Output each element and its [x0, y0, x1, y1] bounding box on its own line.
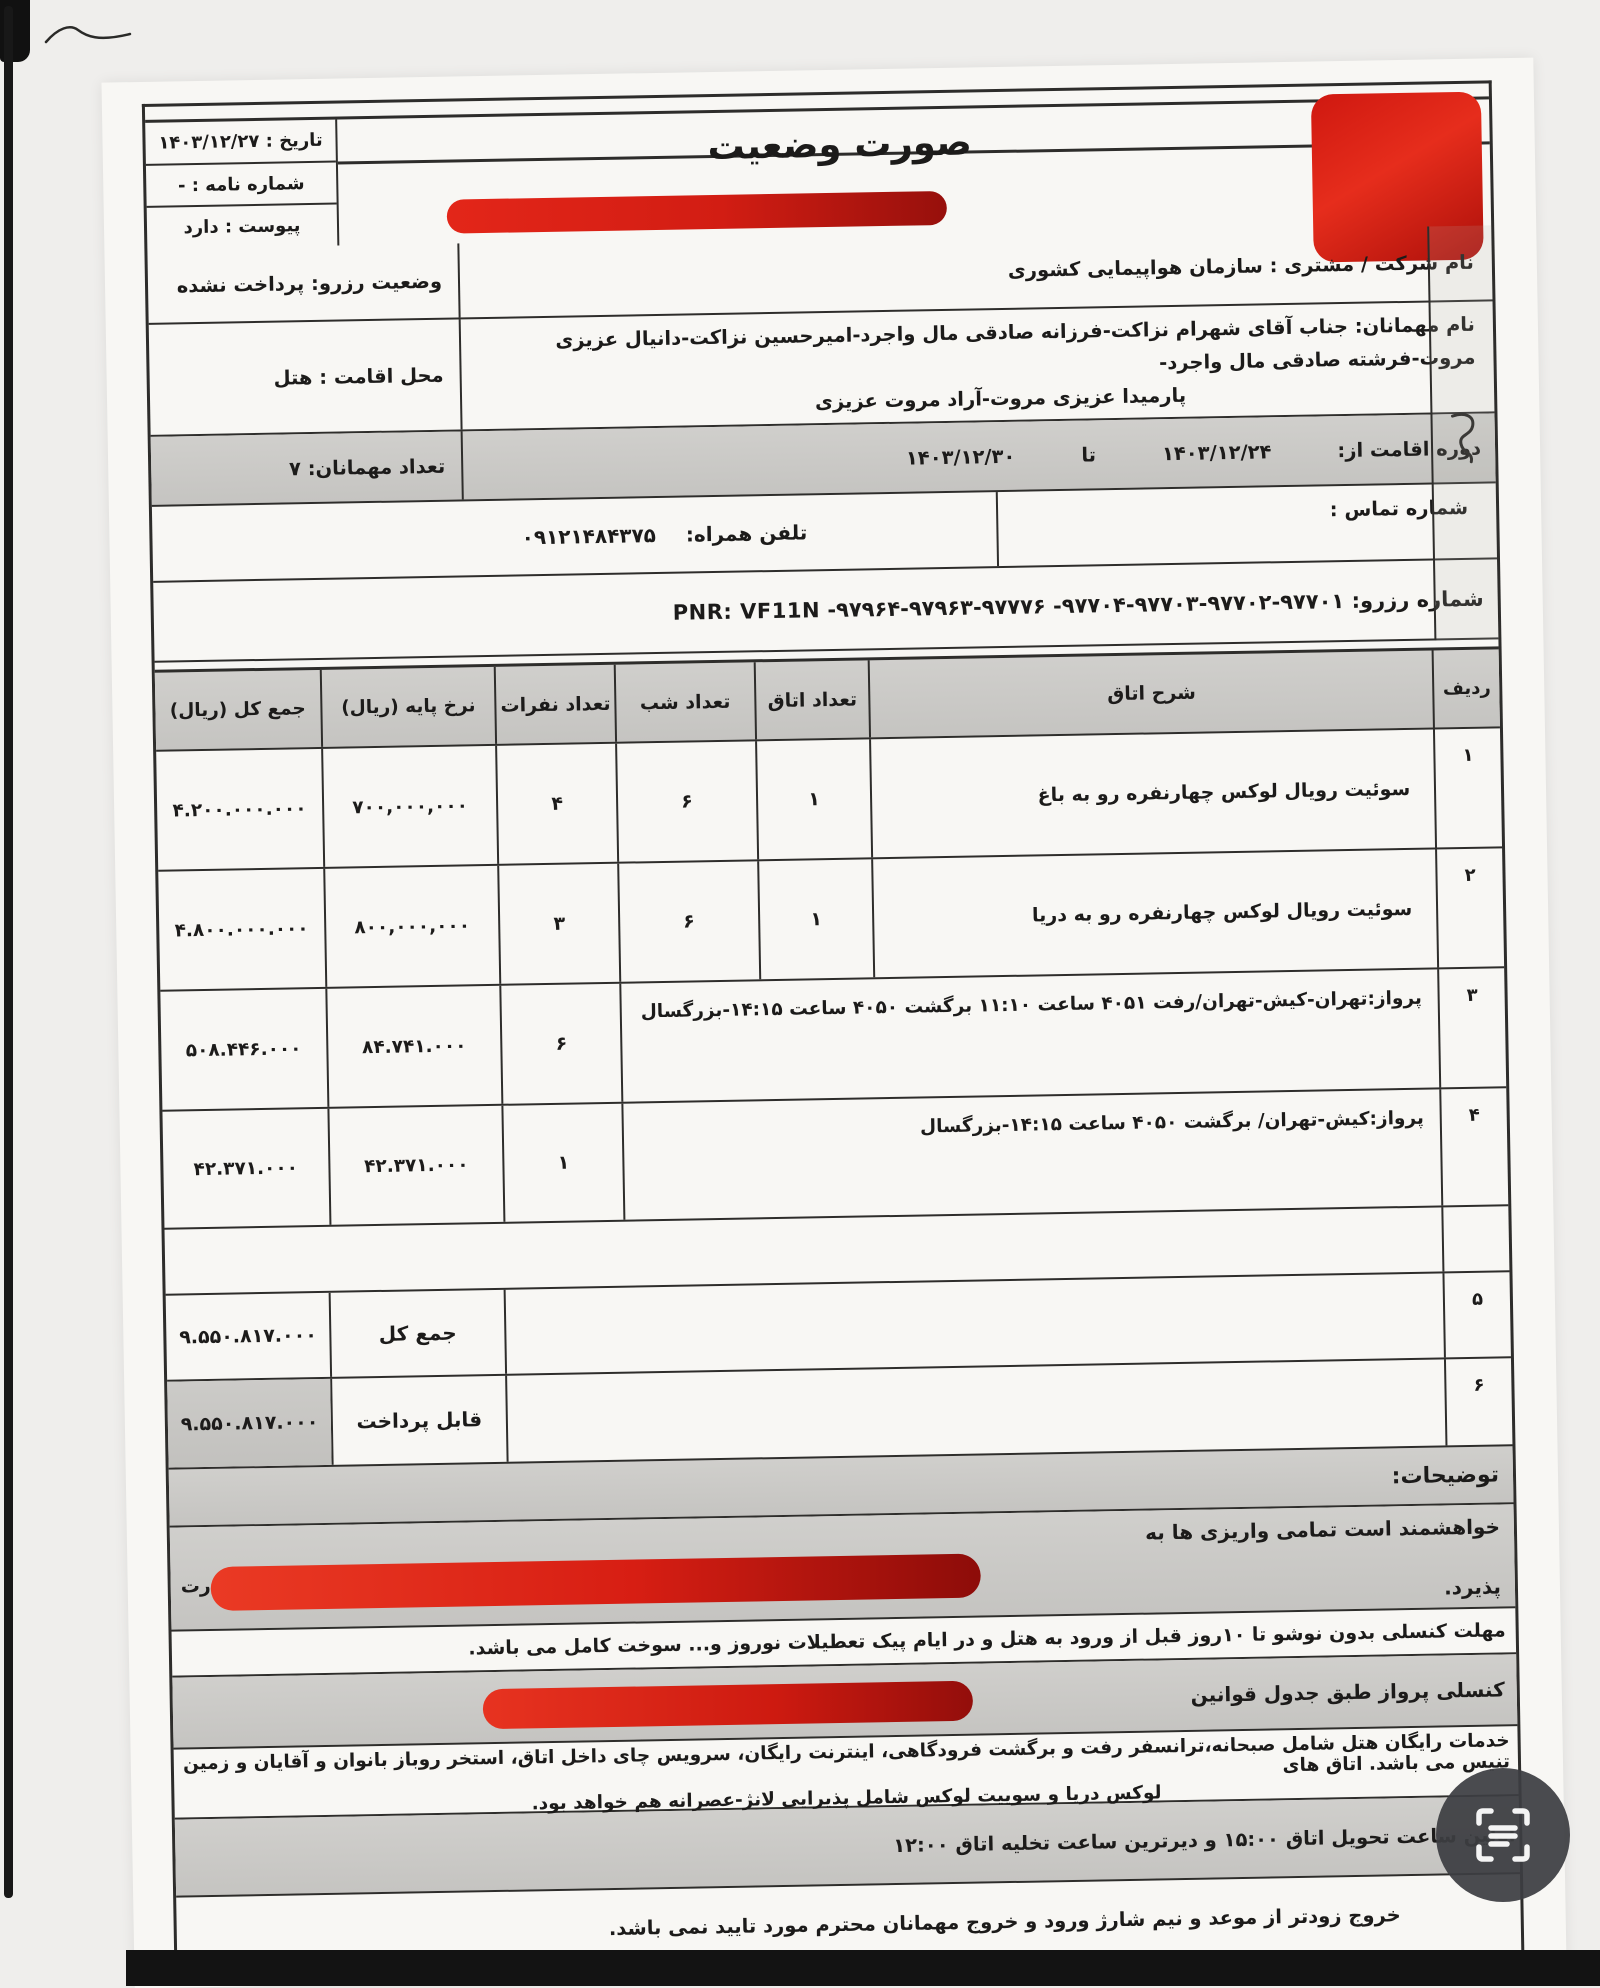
room-description: سوئیت رویال لوکس چهارنفره رو به دریا	[872, 849, 1438, 977]
rooms-count: ۱	[757, 859, 874, 979]
payment-note-end: پذیرد.	[1444, 1574, 1501, 1599]
accommodation-place: محل اقامت : هتل	[149, 319, 463, 434]
rooms-count: ۱	[755, 739, 872, 859]
col-nights: تعداد شب	[614, 662, 755, 741]
col-rooms: تعداد اتاق	[753, 660, 869, 739]
col-total: جمع کل (ریال)	[155, 670, 321, 750]
row-number: ۵	[1443, 1272, 1511, 1357]
letter-number: شماره نامه : -	[146, 162, 337, 208]
grand-total-value: ۹.۵۵۰.۸۱۷.۰۰۰	[166, 1293, 331, 1380]
scanned-invoice-page: تاریخ : ۱۴۰۳/۱۲/۲۷ شماره نامه : - پیوست …	[101, 58, 1566, 1986]
stay-to-date: ۱۴۰۳/۱۲/۳۰	[906, 444, 1016, 469]
row-total: ۵۰۸.۴۴۶.۰۰۰	[160, 989, 327, 1110]
col-row-number: ردیف	[1432, 649, 1500, 727]
row-total: ۴۲.۳۷۱.۰۰۰	[162, 1109, 329, 1228]
invoice-header: تاریخ : ۱۴۰۳/۱۲/۲۷ شماره نامه : - پیوست …	[145, 99, 1491, 248]
stay-from-date: ۱۴۰۳/۱۲/۲۴	[1162, 440, 1272, 465]
reservation-status: وضعیت رزرو: پرداخت نشده	[147, 243, 460, 322]
header-meta-column: تاریخ : ۱۴۰۳/۱۲/۲۷ شماره نامه : - پیوست …	[145, 120, 339, 249]
persons-count: ۱	[502, 1104, 624, 1222]
nights-count: ۶	[615, 741, 757, 861]
mobile-label: تلفن همراه:	[686, 520, 808, 546]
attachment-field: پیوست : دارد	[147, 205, 338, 249]
invoice-date: تاریخ : ۱۴۰۳/۱۲/۲۷	[145, 120, 336, 166]
flight-description: پرواز:تهران-کیش-تهران/رفت ۴۰۵۱ ساعت ۱۱:۱…	[619, 969, 1439, 1101]
pen-scribble-mark	[40, 16, 140, 56]
scan-edge-left-strip	[4, 6, 13, 1898]
mobile-number: ۰۹۱۲۱۴۸۴۳۷۵	[521, 523, 656, 549]
guest-names: نام مهمانان: جناب آقای شهرام نزاکت-فرزان…	[461, 301, 1495, 429]
redaction-bar-header	[447, 191, 948, 234]
vertical-stamp-mark	[1444, 406, 1485, 471]
base-rate: ۴۲.۳۷۱.۰۰۰	[327, 1106, 504, 1225]
flight-cancellation-text: کنسلی پرواز طبق جدول قوانین	[1190, 1677, 1504, 1706]
grand-total-label: جمع کل	[329, 1290, 505, 1377]
payment-note-fragment: رت	[181, 1575, 211, 1598]
col-base-rate: نرخ پایه (ریال)	[319, 667, 495, 747]
base-rate: ۷۰۰,۰۰۰,۰۰۰	[321, 746, 498, 867]
row-number: ۳	[1437, 968, 1506, 1087]
base-rate: ۸۰۰,۰۰۰,۰۰۰	[323, 866, 500, 987]
row-total: ۴.۲۰۰.۰۰۰.۰۰۰	[156, 749, 323, 870]
table-row: ۲ سوئیت رویال لوکس چهارنفره رو به دریا ۱…	[158, 848, 1504, 991]
payable-value: ۹.۵۵۰.۸۱۷.۰۰۰	[167, 1379, 332, 1468]
invoice-frame: تاریخ : ۱۴۰۳/۱۲/۲۷ شماره نامه : - پیوست …	[142, 80, 1524, 1973]
scan-frame-icon	[1469, 1801, 1537, 1869]
persons-count: ۶	[500, 984, 622, 1104]
stay-to-word: تا	[1081, 443, 1096, 466]
table-row: ۱ سوئیت رویال لوکس چهارنفره رو به باغ ۱ …	[156, 728, 1502, 871]
persons-count: ۴	[495, 744, 617, 864]
room-description: سوئیت رویال لوکس چهارنفره رو به باغ	[869, 729, 1435, 857]
guest-count: تعداد مهمانان: ۷	[151, 431, 464, 504]
col-persons: تعداد نفرات	[494, 665, 615, 744]
bottom-page-edge	[126, 1950, 1600, 1986]
row-number: ۴	[1439, 1088, 1508, 1205]
table-row: ۴ پرواز:کیش-تهران/ برگشت ۴۰۵۰ ساعت ۱۴:۱۵…	[162, 1088, 1508, 1229]
side-vertical-band	[1427, 225, 1498, 640]
mobile-field: تلفن همراه: ۰۹۱۲۱۴۸۴۳۷۵	[152, 492, 997, 581]
table-row: ۳ پرواز:تهران-کیش-تهران/رفت ۴۰۵۱ ساعت ۱۱…	[160, 968, 1506, 1111]
row-number: ۲	[1435, 848, 1504, 967]
contact-number-label: شماره تماس :	[996, 483, 1497, 566]
nights-count: ۶	[617, 861, 759, 981]
payable-label: قابل پرداخت	[330, 1376, 506, 1465]
scan-button[interactable]	[1436, 1768, 1570, 1902]
row-number: ۶	[1444, 1358, 1512, 1445]
persons-count: ۳	[497, 864, 619, 984]
redaction-bar-cancellation	[483, 1681, 974, 1730]
payment-note-start: خواهشمند است تمامی واریزی ها به	[1145, 1514, 1500, 1544]
page-title: صورت وضعیت	[519, 117, 1160, 171]
col-room-desc: شرح اتاق	[868, 651, 1433, 738]
row-total: ۴.۸۰۰.۰۰۰.۰۰۰	[158, 869, 325, 990]
base-rate: ۸۴.۷۴۱.۰۰۰	[325, 986, 502, 1107]
flight-description: پرواز:کیش-تهران/ برگشت ۴۰۵۰ ساعت ۱۴:۱۵-ب…	[621, 1089, 1441, 1219]
row-number: ۱	[1433, 728, 1502, 847]
redaction-bar-payment	[210, 1554, 981, 1611]
